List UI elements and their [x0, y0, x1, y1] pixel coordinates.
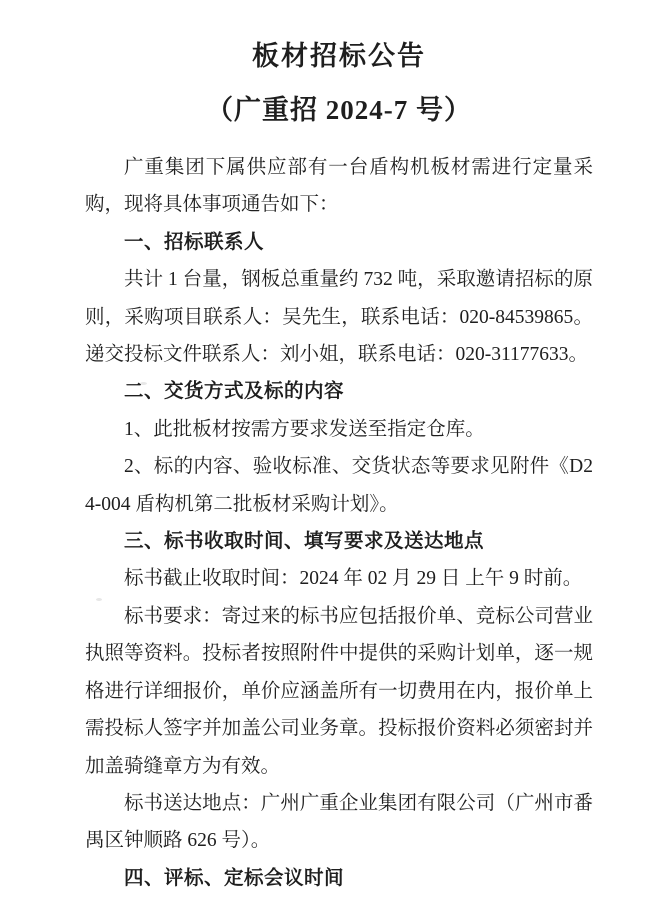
section-heading-1: 一、招标联系人 [85, 224, 593, 261]
document-title: 板材招标公告 [85, 38, 593, 74]
paragraph-bid-requirements: 标书要求：寄过来的标书应包括报价单、竞标公司营业执照等资料。投标者按照附件中提供… [85, 598, 593, 785]
paragraph-delivery-address: 标书送达地点：广州广重企业集团有限公司（广州市番禺区钟顺路 626 号）。 [85, 785, 593, 860]
document-subtitle: （广重招 2024-7 号） [85, 92, 593, 128]
scan-speck [140, 382, 147, 385]
scan-speck [96, 598, 102, 601]
section-heading-4: 四、评标、定标会议时间 [85, 860, 593, 897]
section-heading-3: 三、标书收取时间、填写要求及送达地点 [85, 523, 593, 560]
paragraph-intro: 广重集团下属供应部有一台盾构机板材需进行定量采购，现将具体事项通告如下： [85, 149, 593, 224]
section-heading-2: 二、交货方式及标的内容 [85, 373, 593, 410]
paragraph-delivery-1: 1、此批板材按需方要求发送至指定仓库。 [85, 411, 593, 448]
paragraph-contacts: 共计 1 台量，钢板总重量约 732 吨，采取邀请招标的原则，采购项目联系人：吴… [85, 261, 593, 373]
document-page: 板材招标公告 （广重招 2024-7 号） 广重集团下属供应部有一台盾构机板材需… [0, 0, 667, 904]
paragraph-deadline: 标书截止收取时间：2024 年 02 月 29 日 上午 9 时前。 [85, 560, 593, 597]
paragraph-delivery-2: 2、标的内容、验收标准、交货状态等要求见附件《D24-004 盾构机第二批板材采… [85, 448, 593, 523]
document-body: 广重集团下属供应部有一台盾构机板材需进行定量采购，现将具体事项通告如下： 一、招… [85, 149, 593, 897]
